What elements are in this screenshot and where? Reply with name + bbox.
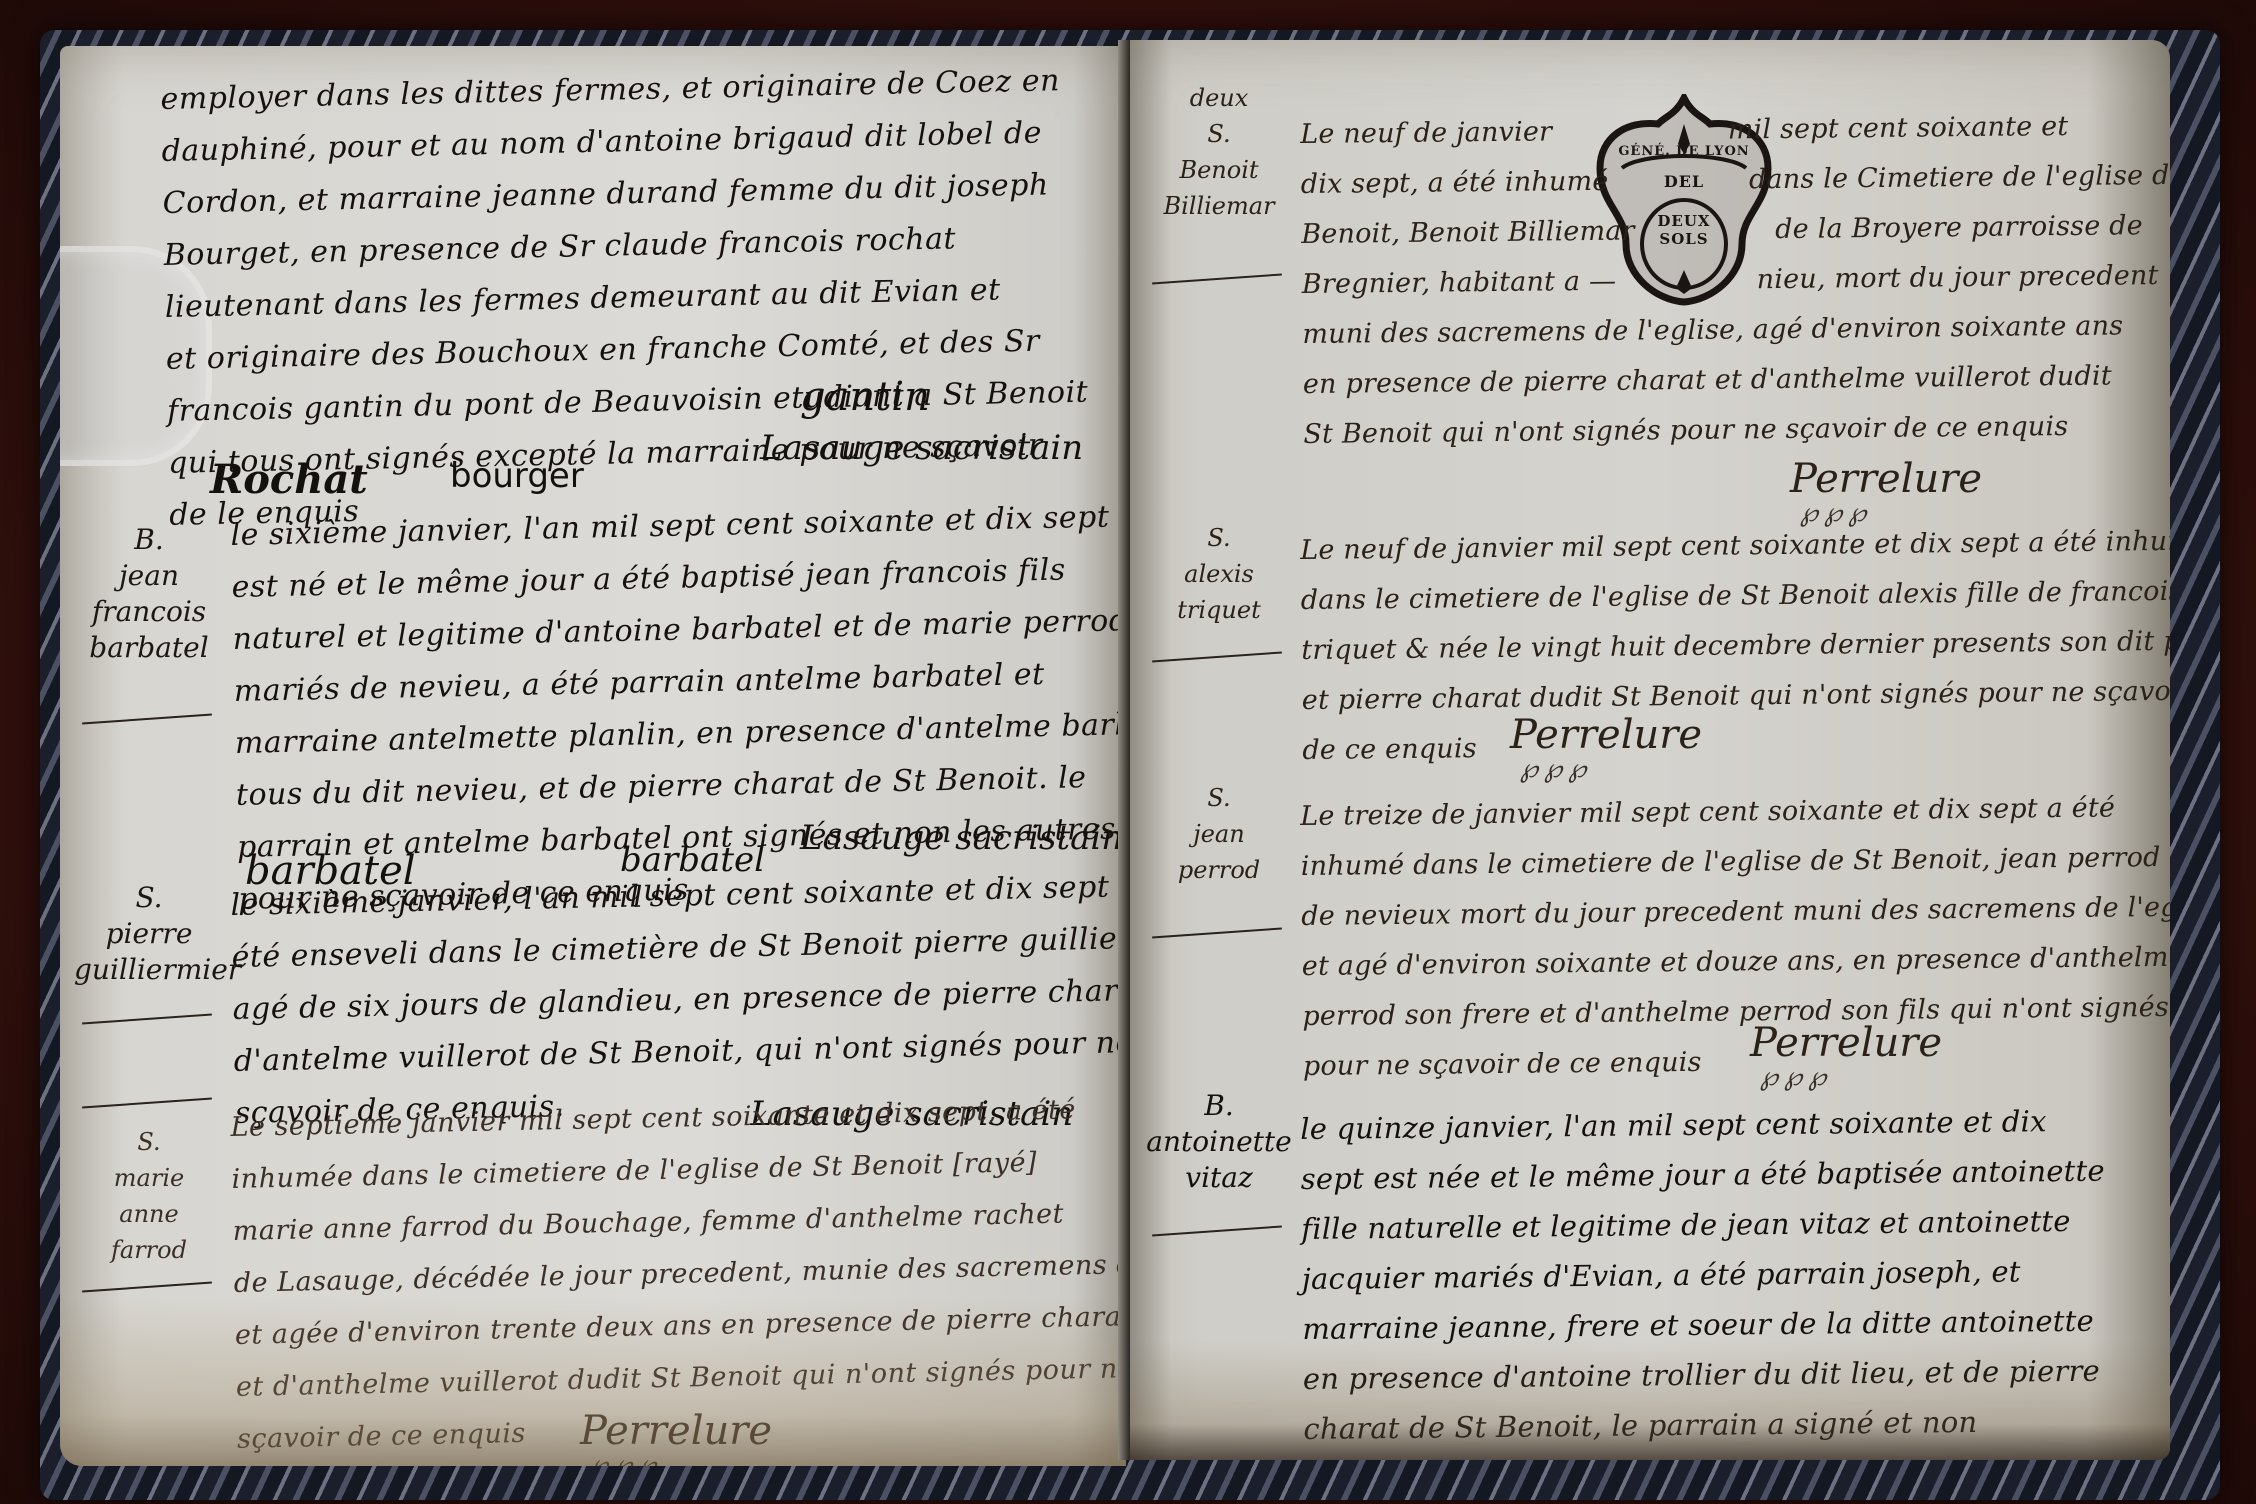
text-line: muni des sacremens de l'eglise, agé d'en…: [1302, 301, 2142, 360]
margin-divider: [82, 1281, 212, 1292]
signature-gantin: gantin: [800, 374, 930, 420]
entry-text: Le neuf de janvier mil sept cent soixant…: [1300, 101, 2144, 460]
text-line: sçavoir de ce enquis: [237, 1396, 1104, 1466]
margin-divider: [1152, 927, 1282, 938]
text-line: perrod son frere et d'anthelme perrod so…: [1302, 983, 2142, 1042]
text-line: et agé d'environ soixante et douze ans, …: [1302, 933, 2142, 992]
text-line: et pierre charat dudit St Benoit qui n'o…: [1302, 667, 2142, 726]
signature-lasauge: Lasauge sacristain: [800, 818, 1123, 858]
right-page: GÉNÉ. DE LYON DEL DEUX SOLS deux S. Beno…: [1130, 40, 2170, 1460]
signature-rochat: Rochat: [210, 456, 368, 503]
text-line: Bregnier, habitant a — nieu, mort du jou…: [1302, 251, 2142, 310]
signature-perrelure: Perrelure: [580, 1408, 772, 1454]
left-page-entries: employer dans les dittes fermes, et orig…: [60, 46, 1126, 1466]
text-line: Le neuf de janvier mil sept cent soixant…: [1300, 101, 2140, 160]
entry-text: Le neuf de janvier mil sept cent soixant…: [1300, 517, 2143, 776]
text-line: Le neuf de janvier mil sept cent soixant…: [1300, 517, 2140, 576]
signature-perrelure: Perrelure: [1510, 712, 1702, 758]
text-line: triquet & née le vingt huit decembre der…: [1301, 617, 2141, 676]
signature-bourger: bourger: [450, 456, 584, 496]
margin-divider: [82, 1013, 212, 1024]
margin-name: B. antoinette vitaz: [1144, 1088, 1294, 1196]
margin-name: S. marie anne farrod: [74, 1124, 224, 1268]
text-line: fille naturelle et legitime de jean vita…: [1301, 1195, 2141, 1254]
text-line: en presence d'antoine trollier du dit li…: [1303, 1345, 2143, 1404]
text-line: inhumé dans le cimetiere de l'eglise de …: [1301, 833, 2141, 892]
text-line: pour ne sçavoir de ce enquis: [1303, 1033, 2143, 1092]
text-line: et d'anthelme vuillerot dudit St Benoit …: [235, 1344, 1102, 1414]
margin-name: S. alexis triquet: [1144, 520, 1294, 628]
text-line: le quinze janvier, l'an mil sept cent so…: [1300, 1095, 2140, 1154]
text-line: Le treize de janvier mil sept cent soixa…: [1300, 783, 2140, 842]
text-line: dix sept, a été inhumé dans le Cimetiere…: [1301, 151, 2141, 210]
margin-divider: [82, 713, 212, 724]
text-line: sept est née et le même jour a été bapti…: [1301, 1145, 2141, 1204]
margin-name: B. jean francois barbatel: [74, 522, 224, 666]
margin-name: S. pierre guilliermier: [74, 880, 224, 988]
text-line: et agée d'environ trente deux ans en pre…: [234, 1292, 1101, 1362]
signature-lasauge: Lasauge sacristain: [760, 428, 1083, 468]
signature-perrelure: Perrelure: [1750, 1020, 1942, 1066]
text-line: charat de St Benoit, le parrain a signé …: [1303, 1395, 2143, 1454]
entry-text: Le septieme janvier mil sept cent soixan…: [230, 1084, 1103, 1466]
text-line: marraine jeanne, frere et soeur de la di…: [1302, 1295, 2142, 1354]
margin-name: S. jean perrod: [1144, 780, 1294, 888]
signature-perrelure: Perrelure: [1790, 456, 1982, 502]
text-line: de ce enquis: [1302, 717, 2142, 776]
text-line: de nevieux mort du jour precedent muni d…: [1301, 883, 2141, 942]
margin-divider: [1152, 273, 1282, 284]
margin-divider: [1152, 651, 1282, 662]
margin-divider: [82, 1097, 212, 1108]
margin-divider: [1152, 1225, 1282, 1236]
text-line: dans le cimetiere de l'eglise de St Beno…: [1301, 567, 2141, 626]
text-line: St Benoit qui n'ont signés pour ne sçavo…: [1303, 401, 2143, 460]
text-line: en presence de pierre charat et d'anthel…: [1303, 351, 2143, 410]
text-line: jacquier mariés d'Evian, a été parrain j…: [1302, 1245, 2142, 1304]
margin-name: deux S. Benoit Billiemar: [1144, 80, 1294, 224]
text-line: Benoit, Benoit Billiemar de la Broyere p…: [1301, 201, 2141, 260]
entry-text: Le treize de janvier mil sept cent soixa…: [1300, 783, 2143, 1092]
left-page: employer dans les dittes fermes, et orig…: [60, 46, 1126, 1466]
right-page-entries: GÉNÉ. DE LYON DEL DEUX SOLS deux S. Beno…: [1130, 40, 2170, 1460]
entry-text: le quinze janvier, l'an mil sept cent so…: [1300, 1095, 2144, 1454]
